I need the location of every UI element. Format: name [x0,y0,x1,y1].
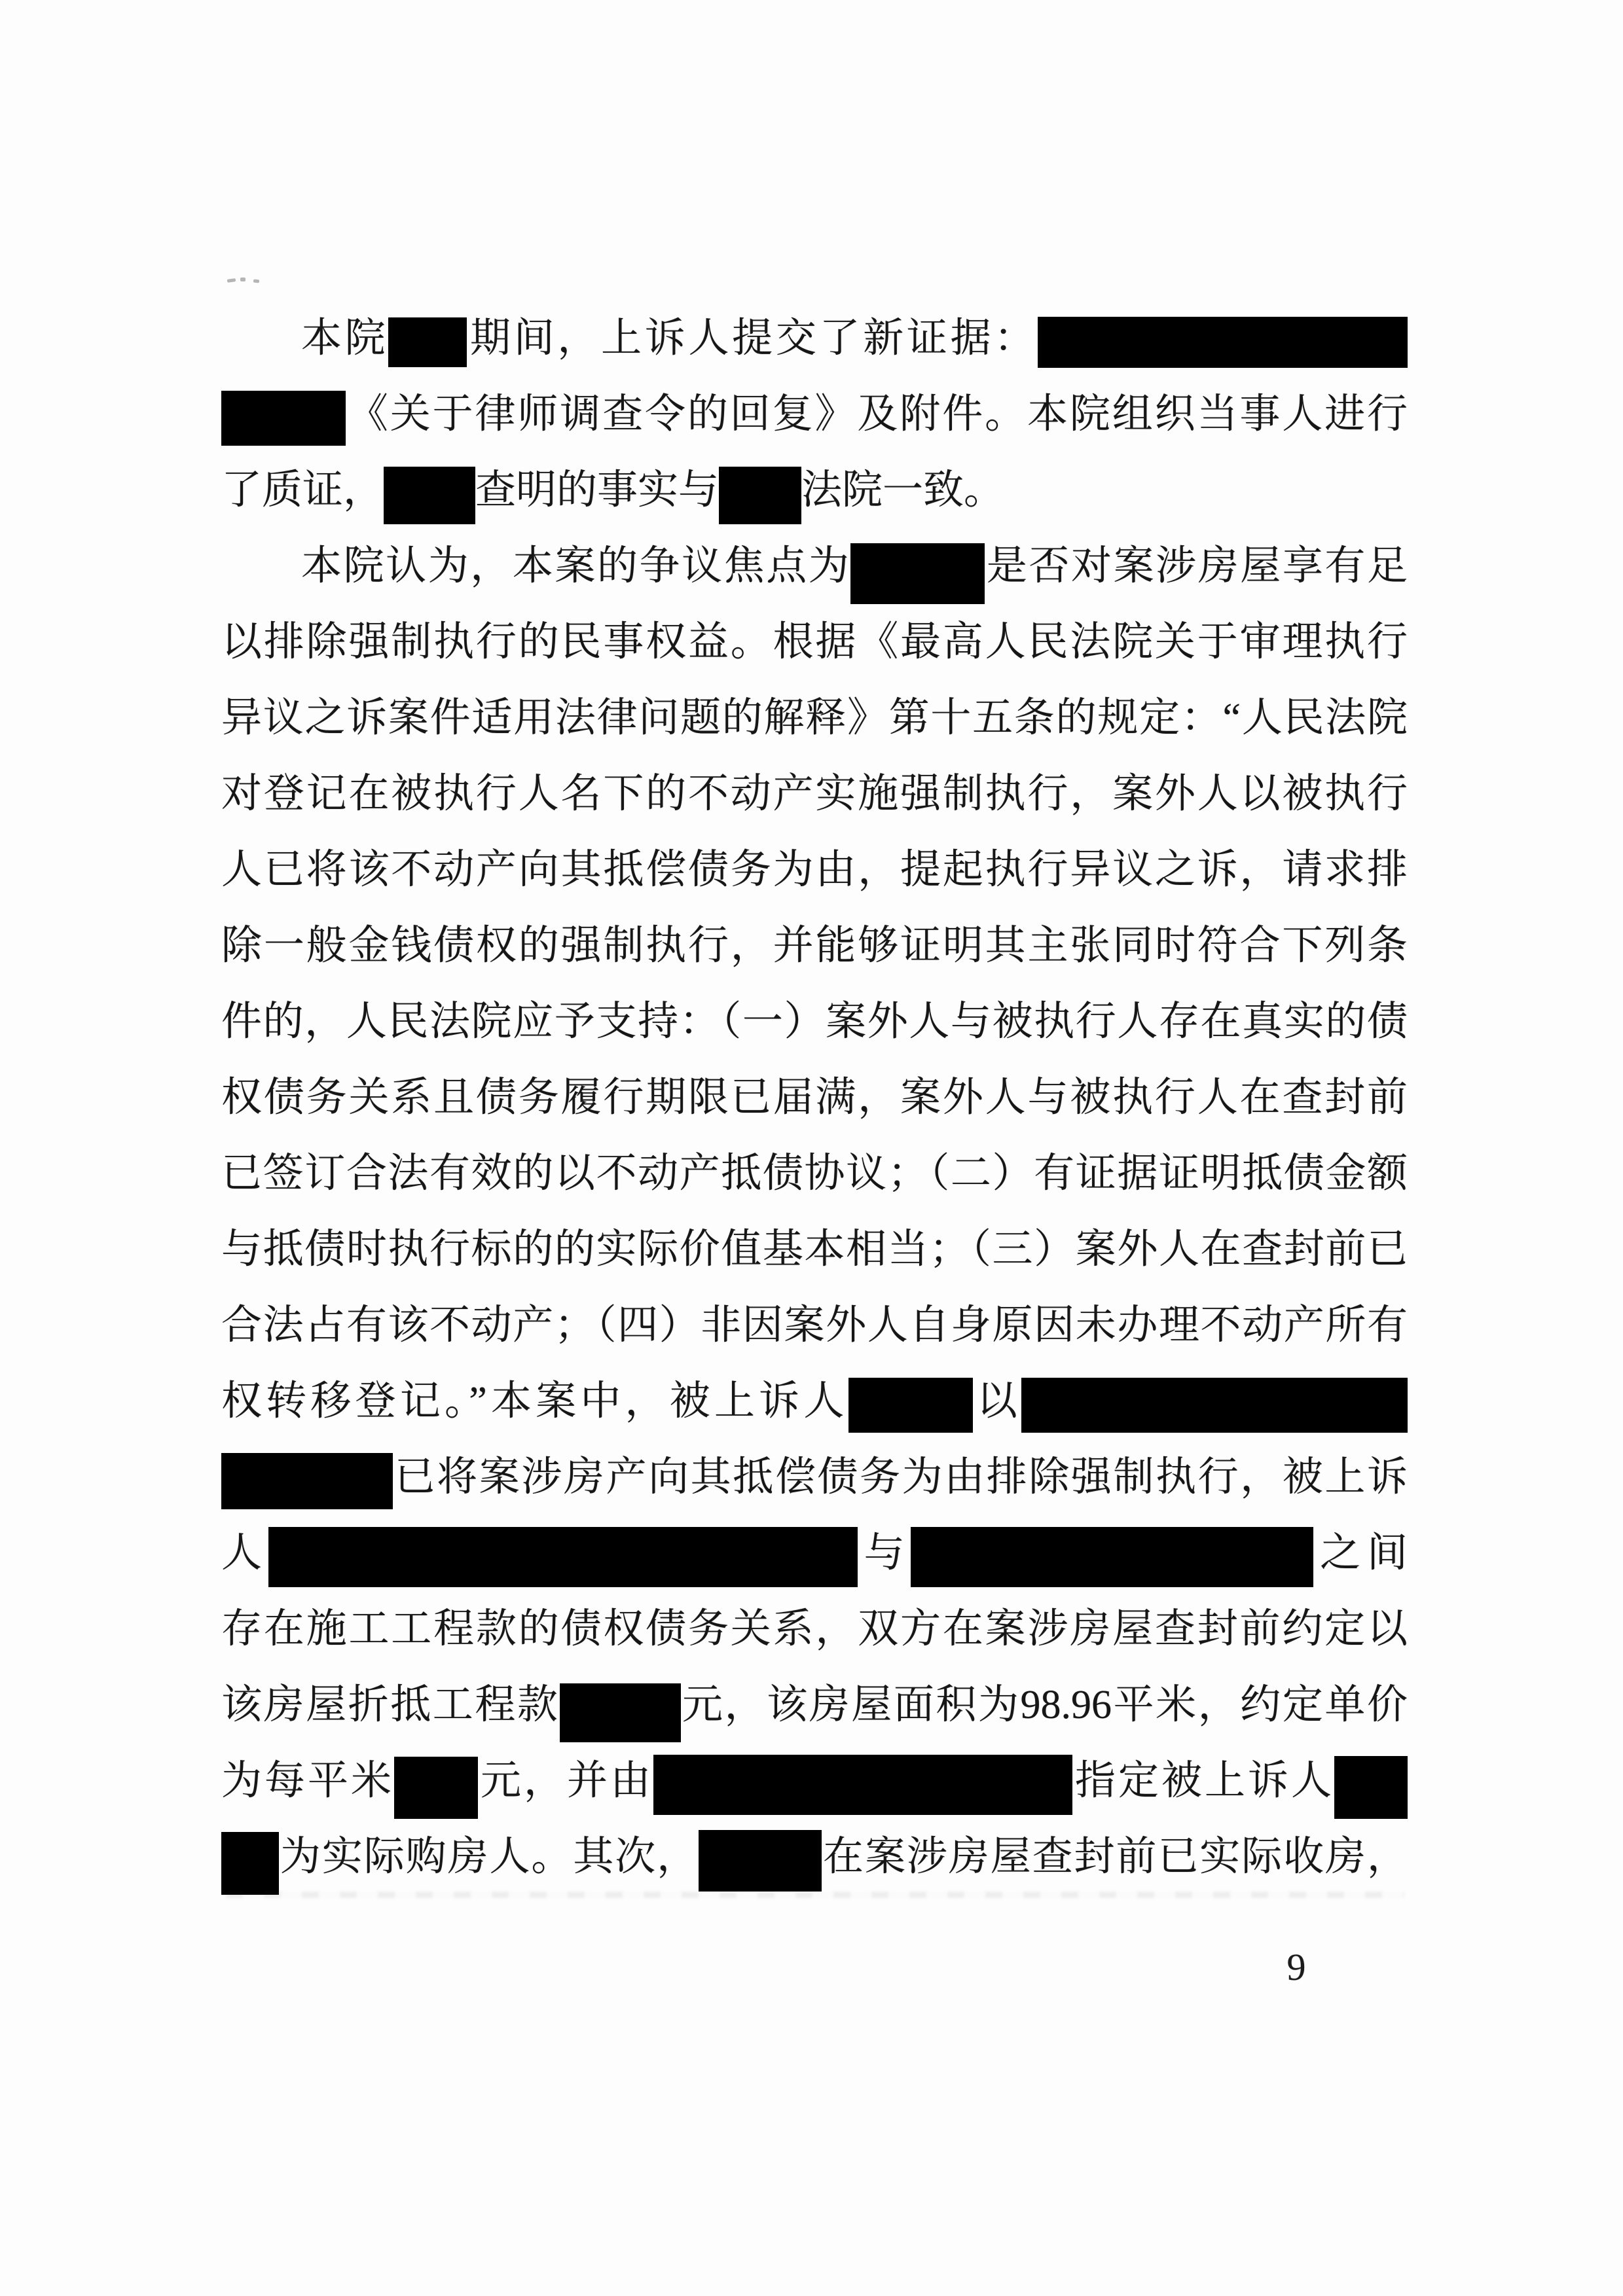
redaction-box [388,317,467,367]
redaction-box [268,1527,858,1587]
redaction-box [1021,1378,1408,1433]
redaction-box [560,1683,681,1742]
text-run: 为每平米 [221,1759,394,1803]
text-run: 元，该房屋面积为98.96平米，约定单价 [681,1683,1408,1727]
text-run: 期间，上诉人提交了新证据： [467,316,1038,361]
text-run: 与 [858,1531,911,1575]
redaction-box [653,1755,1072,1815]
text-run: 人 [221,1531,268,1575]
text-run: 已签订合法有效的以不动产抵债协议；（二）有证据证明抵债金额 [221,1151,1408,1196]
text-run: 该房屋折抵工程款 [221,1683,560,1727]
redaction-box [394,1757,478,1819]
document-line: 权债务关系且债务履行期限已届满，案外人与被执行人在查封前 [221,1060,1408,1136]
document-line: 除一般金钱债权的强制执行，并能够证明其主张同时符合下列条 [221,908,1408,984]
document-line: 本院认为，本案的争议焦点为是否对案涉房屋享有足 [221,528,1408,604]
document-line: 已签订合法有效的以不动产抵债协议；（二）有证据证明抵债金额 [221,1136,1408,1211]
document-line: 与抵债时执行标的的实际价值基本相当；（三）案外人在查封前已 [221,1211,1408,1287]
text-run: 《关于律师调查令的回复》及附件。本院组织当事人进行 [346,392,1408,437]
scanned-document-page: { "page": { "background": "#fdfdfd", "in… [0,0,1623,2296]
text-run: 已将案涉房产向其抵偿债务为由排除强制执行，被上诉 [393,1455,1408,1499]
text-run: 权债务关系且债务履行期限已届满，案外人与被执行人在查封前 [221,1075,1408,1120]
document-line: 已将案涉房产向其抵偿债务为由排除强制执行，被上诉 [221,1439,1408,1515]
text-run: 指定被上诉人 [1072,1759,1334,1803]
redaction-box [719,467,801,524]
text-run: 权转移登记。”本案中，被上诉人 [221,1379,848,1424]
document-line: 权转移登记。”本案中，被上诉人以 [221,1363,1408,1439]
redaction-box [1038,317,1408,368]
document-body: 本院期间，上诉人提交了新证据：《关于律师调查令的回复》及附件。本院组织当事人进行… [221,300,1408,1895]
text-run: 人已将该不动产向其抵偿债务为由，提起执行异议之诉，请求排 [221,848,1408,892]
text-run: 法院一致。 [801,468,1004,512]
text-run: 查明的事实与 [475,468,719,512]
redaction-box [848,1378,973,1433]
document-line: 本院期间，上诉人提交了新证据： [221,300,1408,376]
document-line: 存在施工工程款的债权债务关系，双方在案涉房屋查封前约定以 [221,1591,1408,1667]
document-line: 人与之间 [221,1515,1408,1591]
text-run: 之间 [1313,1531,1408,1575]
text-run: 是否对案涉房屋享有足 [985,544,1408,588]
document-line: 为实际购房人。其次，在案涉房屋查封前已实际收房， [221,1819,1408,1895]
redaction-box [699,1830,822,1892]
text-run: 为实际购房人。其次， [279,1835,699,1879]
document-line: 件的，人民法院应予支持：（一）案外人与被执行人存在真实的债 [221,984,1408,1060]
scan-smudge-artifact [227,277,260,285]
redaction-box [221,1453,393,1509]
text-run: 与抵债时执行标的的实际价值基本相当；（三）案外人在查封前已 [221,1227,1408,1272]
text-run: 元，并由 [478,1759,653,1803]
document-line: 以排除强制执行的民事权益。根据《最高人民法院关于审理执行 [221,604,1408,680]
document-line: 为每平米元，并由指定被上诉人 [221,1743,1408,1819]
text-run: 除一般金钱债权的强制执行，并能够证明其主张同时符合下列条 [221,924,1408,968]
text-run: 异议之诉案件适用法律问题的解释》第十五条的规定：“人民法院 [221,696,1408,740]
text-run: 本院 [301,316,388,361]
redaction-box [221,391,346,446]
redaction-box [221,1832,279,1895]
redaction-box [1334,1756,1408,1819]
document-line: 异议之诉案件适用法律问题的解释》第十五条的规定：“人民法院 [221,680,1408,756]
text-run: 存在施工工程款的债权债务关系，双方在案涉房屋查封前约定以 [221,1607,1408,1651]
text-run: 以 [973,1379,1021,1424]
document-line: 人已将该不动产向其抵偿债务为由，提起执行异议之诉，请求排 [221,832,1408,908]
text-run: 了质证， [221,468,384,512]
text-run: 在案涉房屋查封前已实际收房， [822,1835,1408,1879]
text-run: 以排除强制执行的民事权益。根据《最高人民法院关于审理执行 [221,620,1408,664]
scan-ghosting-artifact [226,1892,1404,1898]
redaction-box [384,467,475,524]
text-run: 本院认为，本案的争议焦点为 [301,544,850,588]
redaction-box [911,1527,1313,1587]
text-run: 对登记在被执行人名下的不动产实施强制执行，案外人以被执行 [221,772,1408,816]
document-line: 该房屋折抵工程款元，该房屋面积为98.96平米，约定单价 [221,1667,1408,1743]
document-line: 了质证，查明的事实与法院一致。 [221,452,1408,528]
page-number: 9 [1264,1945,1329,1989]
document-line: 《关于律师调查令的回复》及附件。本院组织当事人进行 [221,376,1408,452]
text-run: 合法占有该不动产；（四）非因案外人自身原因未办理不动产所有 [221,1303,1408,1348]
document-line: 合法占有该不动产；（四）非因案外人自身原因未办理不动产所有 [221,1287,1408,1363]
text-run: 件的，人民法院应予支持：（一）案外人与被执行人存在真实的债 [221,999,1408,1044]
redaction-box [850,543,985,604]
document-line: 对登记在被执行人名下的不动产实施强制执行，案外人以被执行 [221,756,1408,832]
